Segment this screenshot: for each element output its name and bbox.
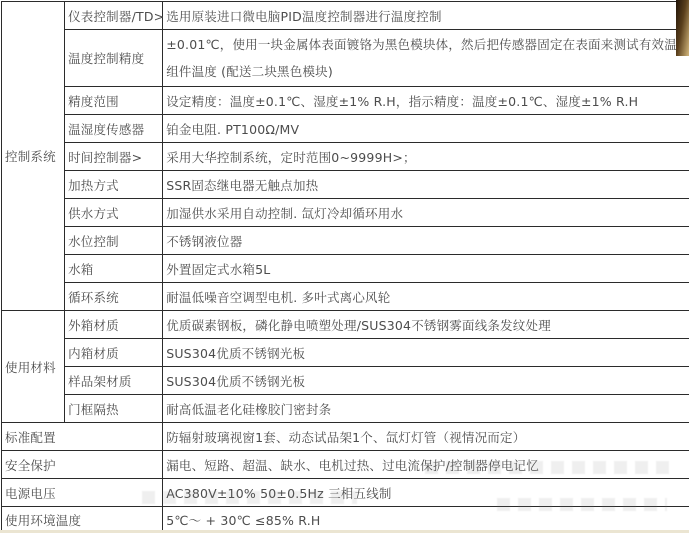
- spec-sheet-page: 控制系统 仪表控制器/TD> 选用原装进口微电脑PID温度控制器进行温度控制 温…: [0, 0, 689, 533]
- table-row: 温湿度传感器 铂金电阻. PT100Ω/MV: [2, 115, 689, 143]
- group-cell-control-system: 控制系统: [2, 2, 65, 311]
- spec-item-value: AC380V±10% 50±0.5Hz 三相五线制: [163, 479, 689, 507]
- spec-item-label: 水箱: [65, 255, 163, 283]
- spec-item-label: 门框隔热: [65, 395, 163, 423]
- spec-item-value: 选用原装进口微电脑PID温度控制器进行温度控制: [163, 2, 689, 30]
- table-row: 使用材料 外箱材质 优质碳素钢板，磷化静电喷塑处理/SUS304不锈钢雾面线条发…: [2, 311, 689, 339]
- table-row: 水位控制 不锈钢液位器: [2, 227, 689, 255]
- table-row: 安全保护 漏电、短路、超温、缺水、电机过热、过电流保护/控制器停电记忆: [2, 451, 689, 479]
- spec-item-label: 供水方式: [65, 199, 163, 227]
- table-row: 温度控制精度 ±0.01℃，使用一块金属体表面镀铬为黑色模块体，然后把传感器固定…: [2, 30, 689, 87]
- spec-row-label: 电源电压: [2, 479, 163, 507]
- table-row: 循环系统 耐温低噪音空调型电机. 多叶式离心风轮: [2, 283, 689, 311]
- spec-item-value: 铂金电阻. PT100Ω/MV: [163, 115, 689, 143]
- spec-row-label: 安全保护: [2, 451, 163, 479]
- spec-item-label: 水位控制: [65, 227, 163, 255]
- spec-item-value: SUS304优质不锈钢光板: [163, 339, 689, 367]
- spec-item-label: 加热方式: [65, 171, 163, 199]
- spec-item-label: 内箱材质: [65, 339, 163, 367]
- spec-item-value: 采用大华控制系统，定时范围0~9999H>；: [163, 143, 689, 171]
- table-row: 标准配置 防辐射玻璃视窗1套、动态试品架1个、氙灯灯管（视情况而定）: [2, 423, 689, 451]
- spec-item-value: SSR固态继电器无触点加热: [163, 171, 689, 199]
- table-row: 门框隔热 耐高低温老化硅橡胶门密封条: [2, 395, 689, 423]
- table-row: 电源电压 AC380V±10% 50±0.5Hz 三相五线制: [2, 479, 689, 507]
- table-row: 时间控制器> 采用大华控制系统，定时范围0~9999H>；: [2, 143, 689, 171]
- spec-item-label: 循环系统: [65, 283, 163, 311]
- spec-item-value: 耐温低噪音空调型电机. 多叶式离心风轮: [163, 283, 689, 311]
- table-row: 精度范围 设定精度：温度±0.1℃、湿度±1% R.H，指示精度：温度±0.1℃…: [2, 87, 689, 115]
- spec-item-value: SUS304优质不锈钢光板: [163, 367, 689, 395]
- table-row: 供水方式 加湿供水采用自动控制. 氙灯冷却循环用水: [2, 199, 689, 227]
- spec-item-value: 加湿供水采用自动控制. 氙灯冷却循环用水: [163, 199, 689, 227]
- spec-item-value: 漏电、短路、超温、缺水、电机过热、过电流保护/控制器停电记忆: [163, 451, 689, 479]
- table-row: 内箱材质 SUS304优质不锈钢光板: [2, 339, 689, 367]
- spec-item-label: 仪表控制器/TD>: [65, 2, 163, 30]
- spec-item-label: 精度范围: [65, 87, 163, 115]
- spec-item-label: 温湿度传感器: [65, 115, 163, 143]
- table-row: 加热方式 SSR固态继电器无触点加热: [2, 171, 689, 199]
- spec-item-label: 温度控制精度: [65, 30, 163, 87]
- value-line-1: ±0.01℃，使用一块金属体表面镀铬为黑色模块体，然后把传感器固定在表面来测试有…: [166, 31, 689, 58]
- spec-item-value: 防辐射玻璃视窗1套、动态试品架1个、氙灯灯管（视情况而定）: [163, 423, 689, 451]
- specification-table: 控制系统 仪表控制器/TD> 选用原装进口微电脑PID温度控制器进行温度控制 温…: [1, 1, 689, 533]
- spec-item-value: 设定精度：温度±0.1℃、湿度±1% R.H，指示精度：温度±0.1℃、湿度±1…: [163, 87, 689, 115]
- spec-item-value: 外置固定式水箱5L: [163, 255, 689, 283]
- spec-item-value: 耐高低温老化硅橡胶门密封条: [163, 395, 689, 423]
- spec-item-label: 样品架材质: [65, 367, 163, 395]
- spec-item-value: 不锈钢液位器: [163, 227, 689, 255]
- spec-row-label: 标准配置: [2, 423, 163, 451]
- value-line-2: 组件温度 (配送二块黑色模块): [166, 58, 689, 85]
- table-row: 样品架材质 SUS304优质不锈钢光板: [2, 367, 689, 395]
- table-row: 控制系统 仪表控制器/TD> 选用原装进口微电脑PID温度控制器进行温度控制: [2, 2, 689, 30]
- spec-item-value: ±0.01℃，使用一块金属体表面镀铬为黑色模块体，然后把传感器固定在表面来测试有…: [163, 30, 689, 87]
- spec-item-value: 优质碳素钢板，磷化静电喷塑处理/SUS304不锈钢雾面线条发纹处理: [163, 311, 689, 339]
- spec-item-label: 时间控制器>: [65, 143, 163, 171]
- group-cell-materials: 使用材料: [2, 311, 65, 423]
- spec-item-label: 外箱材质: [65, 311, 163, 339]
- photo-edge-fragment: [676, 0, 689, 56]
- table-row: 水箱 外置固定式水箱5L: [2, 255, 689, 283]
